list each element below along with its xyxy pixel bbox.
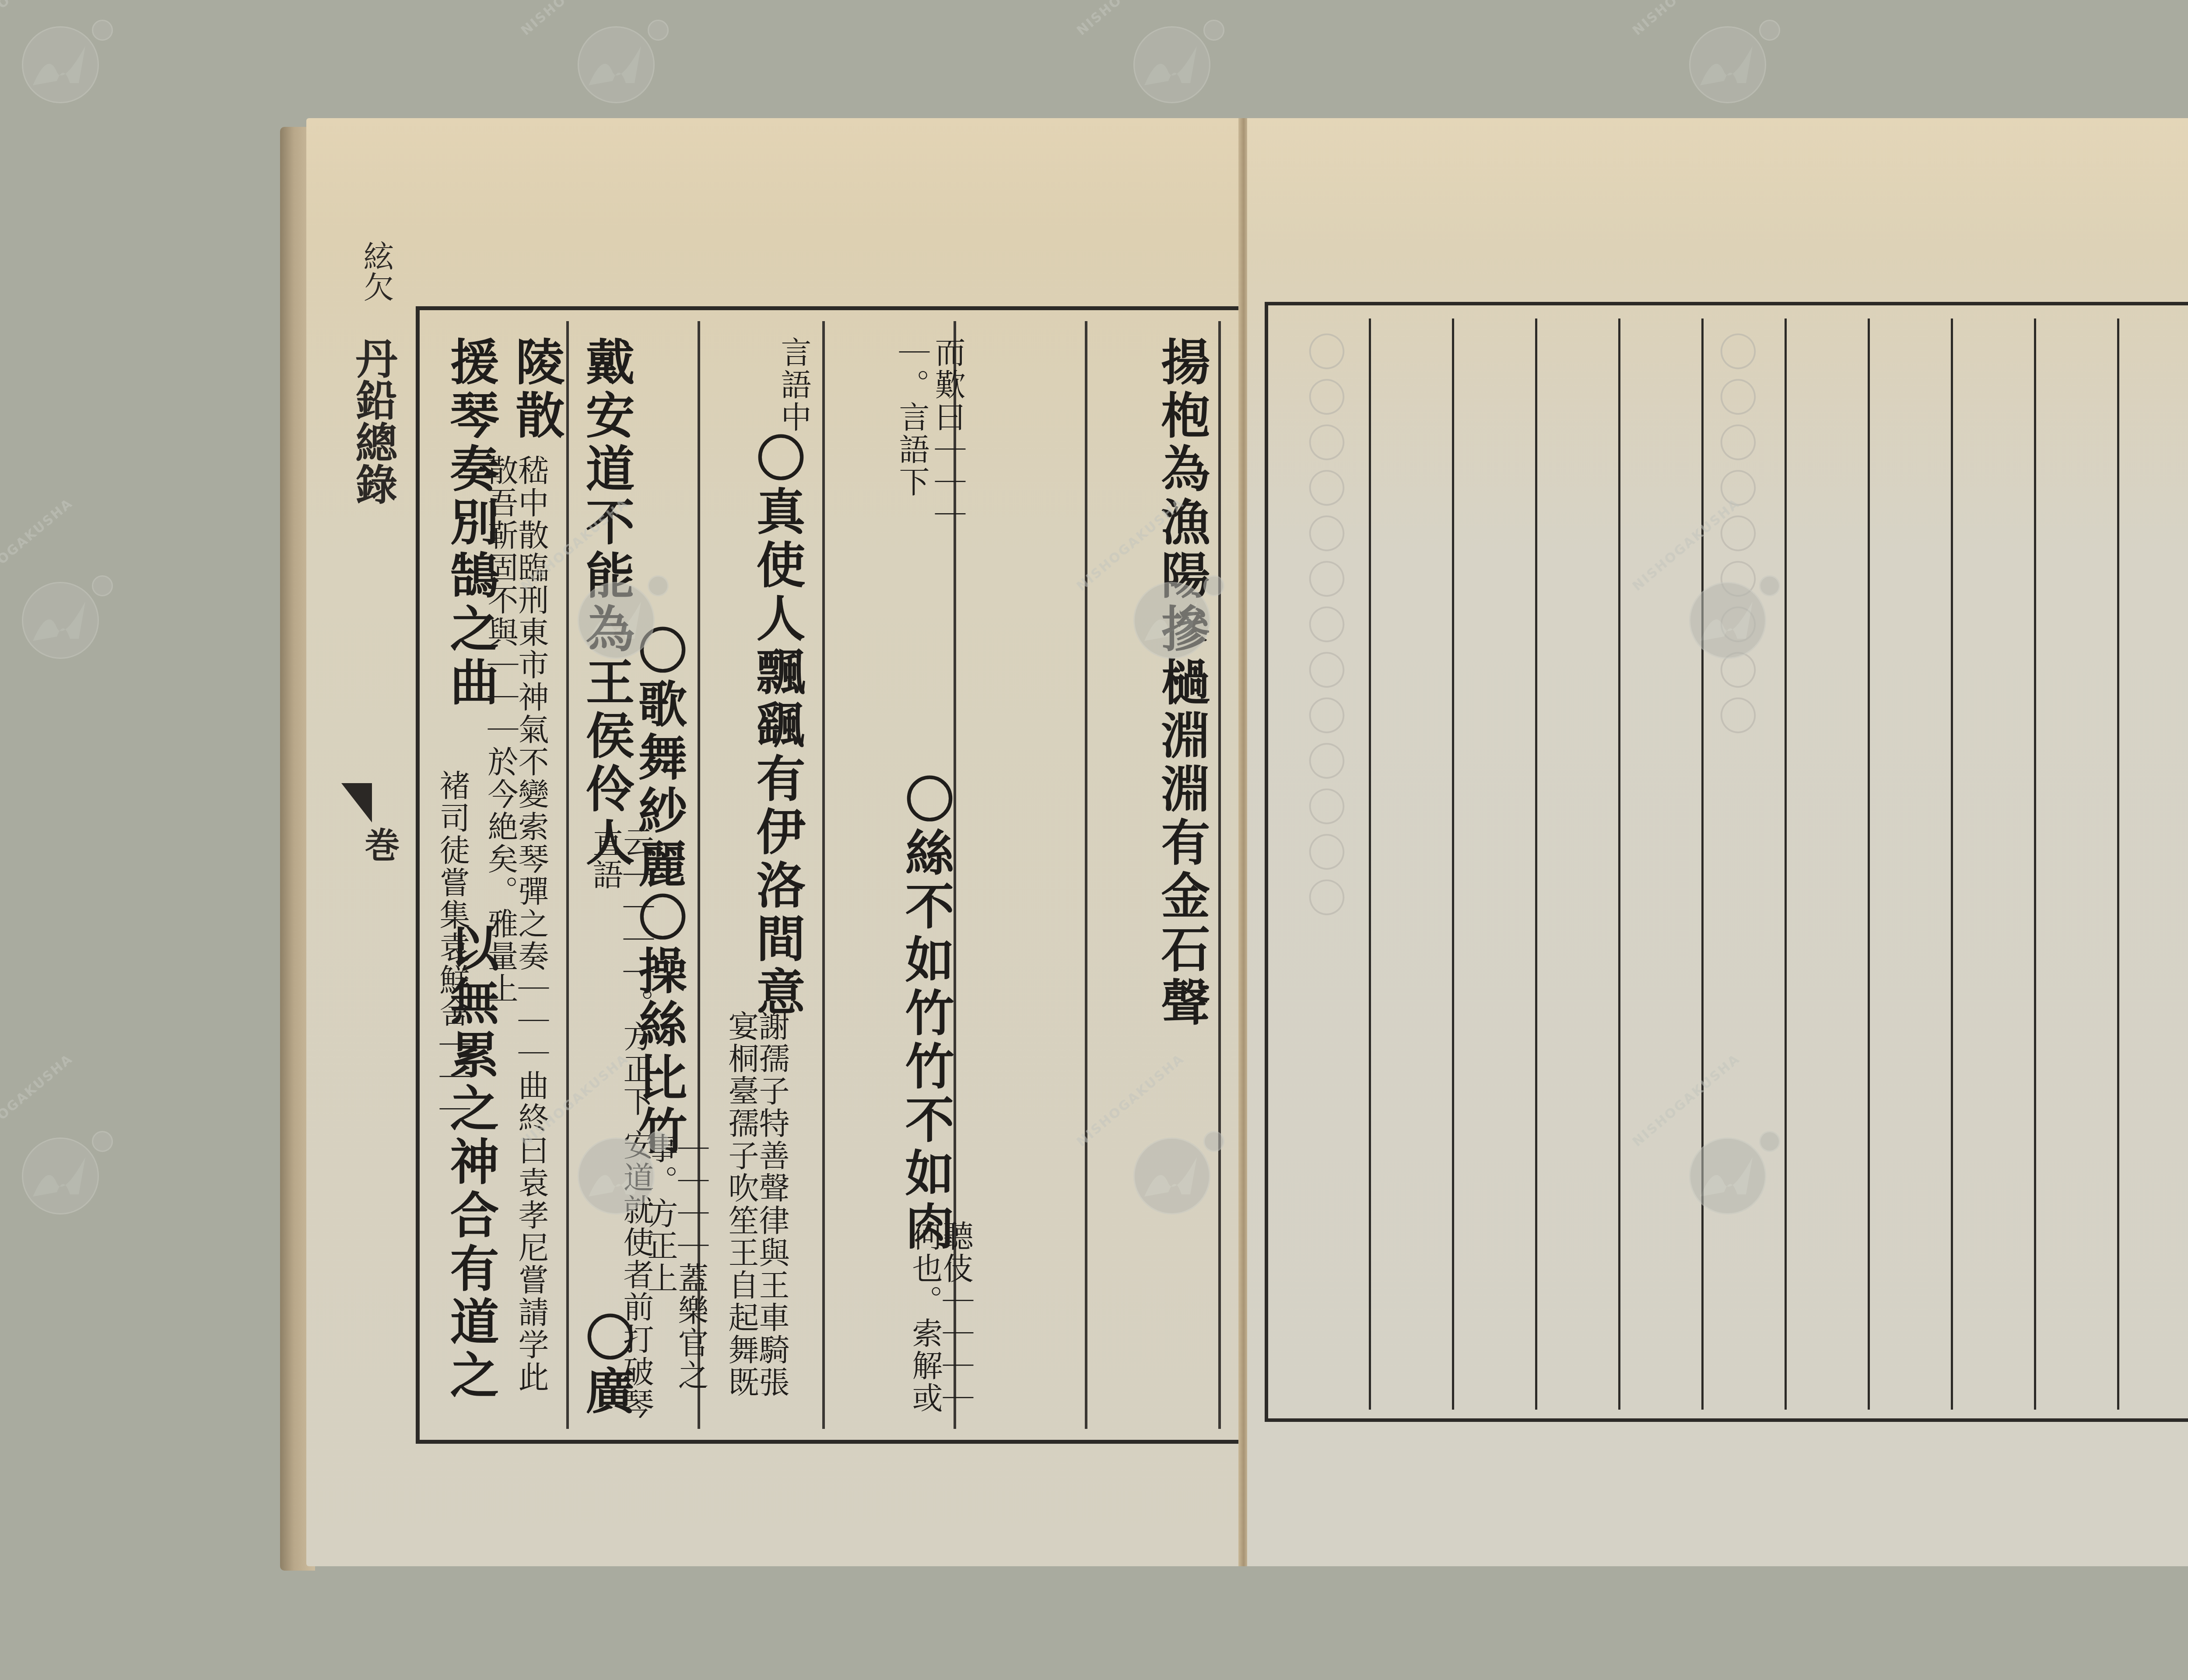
annotation-block: 而歎曰｜｜｜ ｜。言語下 bbox=[652, 336, 963, 531]
nishogakusha-logo-icon: NISHOGAKUSHA bbox=[556, 0, 670, 114]
margin-label-top: 絃欠 bbox=[354, 241, 399, 302]
column-rule bbox=[1785, 318, 1787, 1410]
bleed-through-text: 〇〇〇〇〇〇〇〇〇 bbox=[1706, 332, 1763, 741]
nishogakusha-logo-icon: NISHOGAKUSHA bbox=[1667, 0, 1781, 114]
column-rule bbox=[1535, 318, 1537, 1410]
nishogakusha-logo-icon: NISHOGAKUSHA bbox=[0, 556, 114, 669]
fishtail-mark-icon bbox=[341, 783, 372, 822]
right-page: 〇〇〇〇〇〇〇〇〇〇〇〇〇 〇〇〇〇〇〇〇〇〇 丹鉛總錄 巻 bbox=[1247, 118, 2188, 1566]
annotation-line: ｜。言語下 bbox=[897, 336, 927, 531]
nishogakusha-logo-icon: NISHOGAKUSHA bbox=[0, 1111, 114, 1225]
text-frame: 絃歌 揚枹為漁陽摻檛淵淵有金石聲 索解、本傳云、衡擊鼓作漁陽摻 撾、又云、復擊鼓… bbox=[416, 306, 1295, 1444]
margin-label-volume: 巻 bbox=[354, 827, 405, 862]
column-rule bbox=[2117, 318, 2119, 1410]
column-rule bbox=[1618, 318, 1620, 1410]
annotation-line: 而歎曰｜｜｜ bbox=[933, 336, 963, 531]
margin-label-title: 丹鉛總錄 bbox=[344, 337, 403, 505]
annotation-line: ｜｜｜｜蓋樂官之事。方正上 bbox=[645, 1133, 706, 1422]
column-rule bbox=[1701, 318, 1704, 1410]
open-book: 絃欠 丹鉛總錄 巻 絃歌 揚枹為漁陽摻檛淵淵有金石聲 索解、本傳云、衡擊鼓作漁陽… bbox=[280, 118, 2188, 1584]
column-rule bbox=[566, 321, 569, 1429]
main-text-column: 以無累之神合有道之 bbox=[446, 923, 495, 1422]
nishogakusha-logo-icon: NISHOGAKUSHA bbox=[1112, 0, 1225, 114]
column-rule bbox=[2034, 318, 2036, 1410]
nishogakusha-logo-icon: NISHOGAKUSHA bbox=[0, 0, 114, 114]
column-rule bbox=[1951, 318, 1953, 1410]
left-page: 絃欠 丹鉛總錄 巻 絃歌 揚枹為漁陽摻檛淵淵有金石聲 索解、本傳云、衡擊鼓作漁陽… bbox=[306, 118, 1238, 1566]
bleed-through-text: 〇〇〇〇〇〇〇〇〇〇〇〇〇 bbox=[1294, 332, 1351, 923]
column-rule bbox=[1868, 318, 1870, 1410]
right-page-frame: 〇〇〇〇〇〇〇〇〇〇〇〇〇 〇〇〇〇〇〇〇〇〇 bbox=[1265, 302, 2188, 1422]
column-rule bbox=[1369, 318, 1371, 1410]
annotation-line: 謝孺子特善聲律與王車騎張宴桐臺孺子吹笙王自起舞既 bbox=[726, 1010, 787, 1422]
main-text-column: 〇廣 bbox=[582, 1312, 631, 1422]
column-rule bbox=[1452, 318, 1454, 1410]
